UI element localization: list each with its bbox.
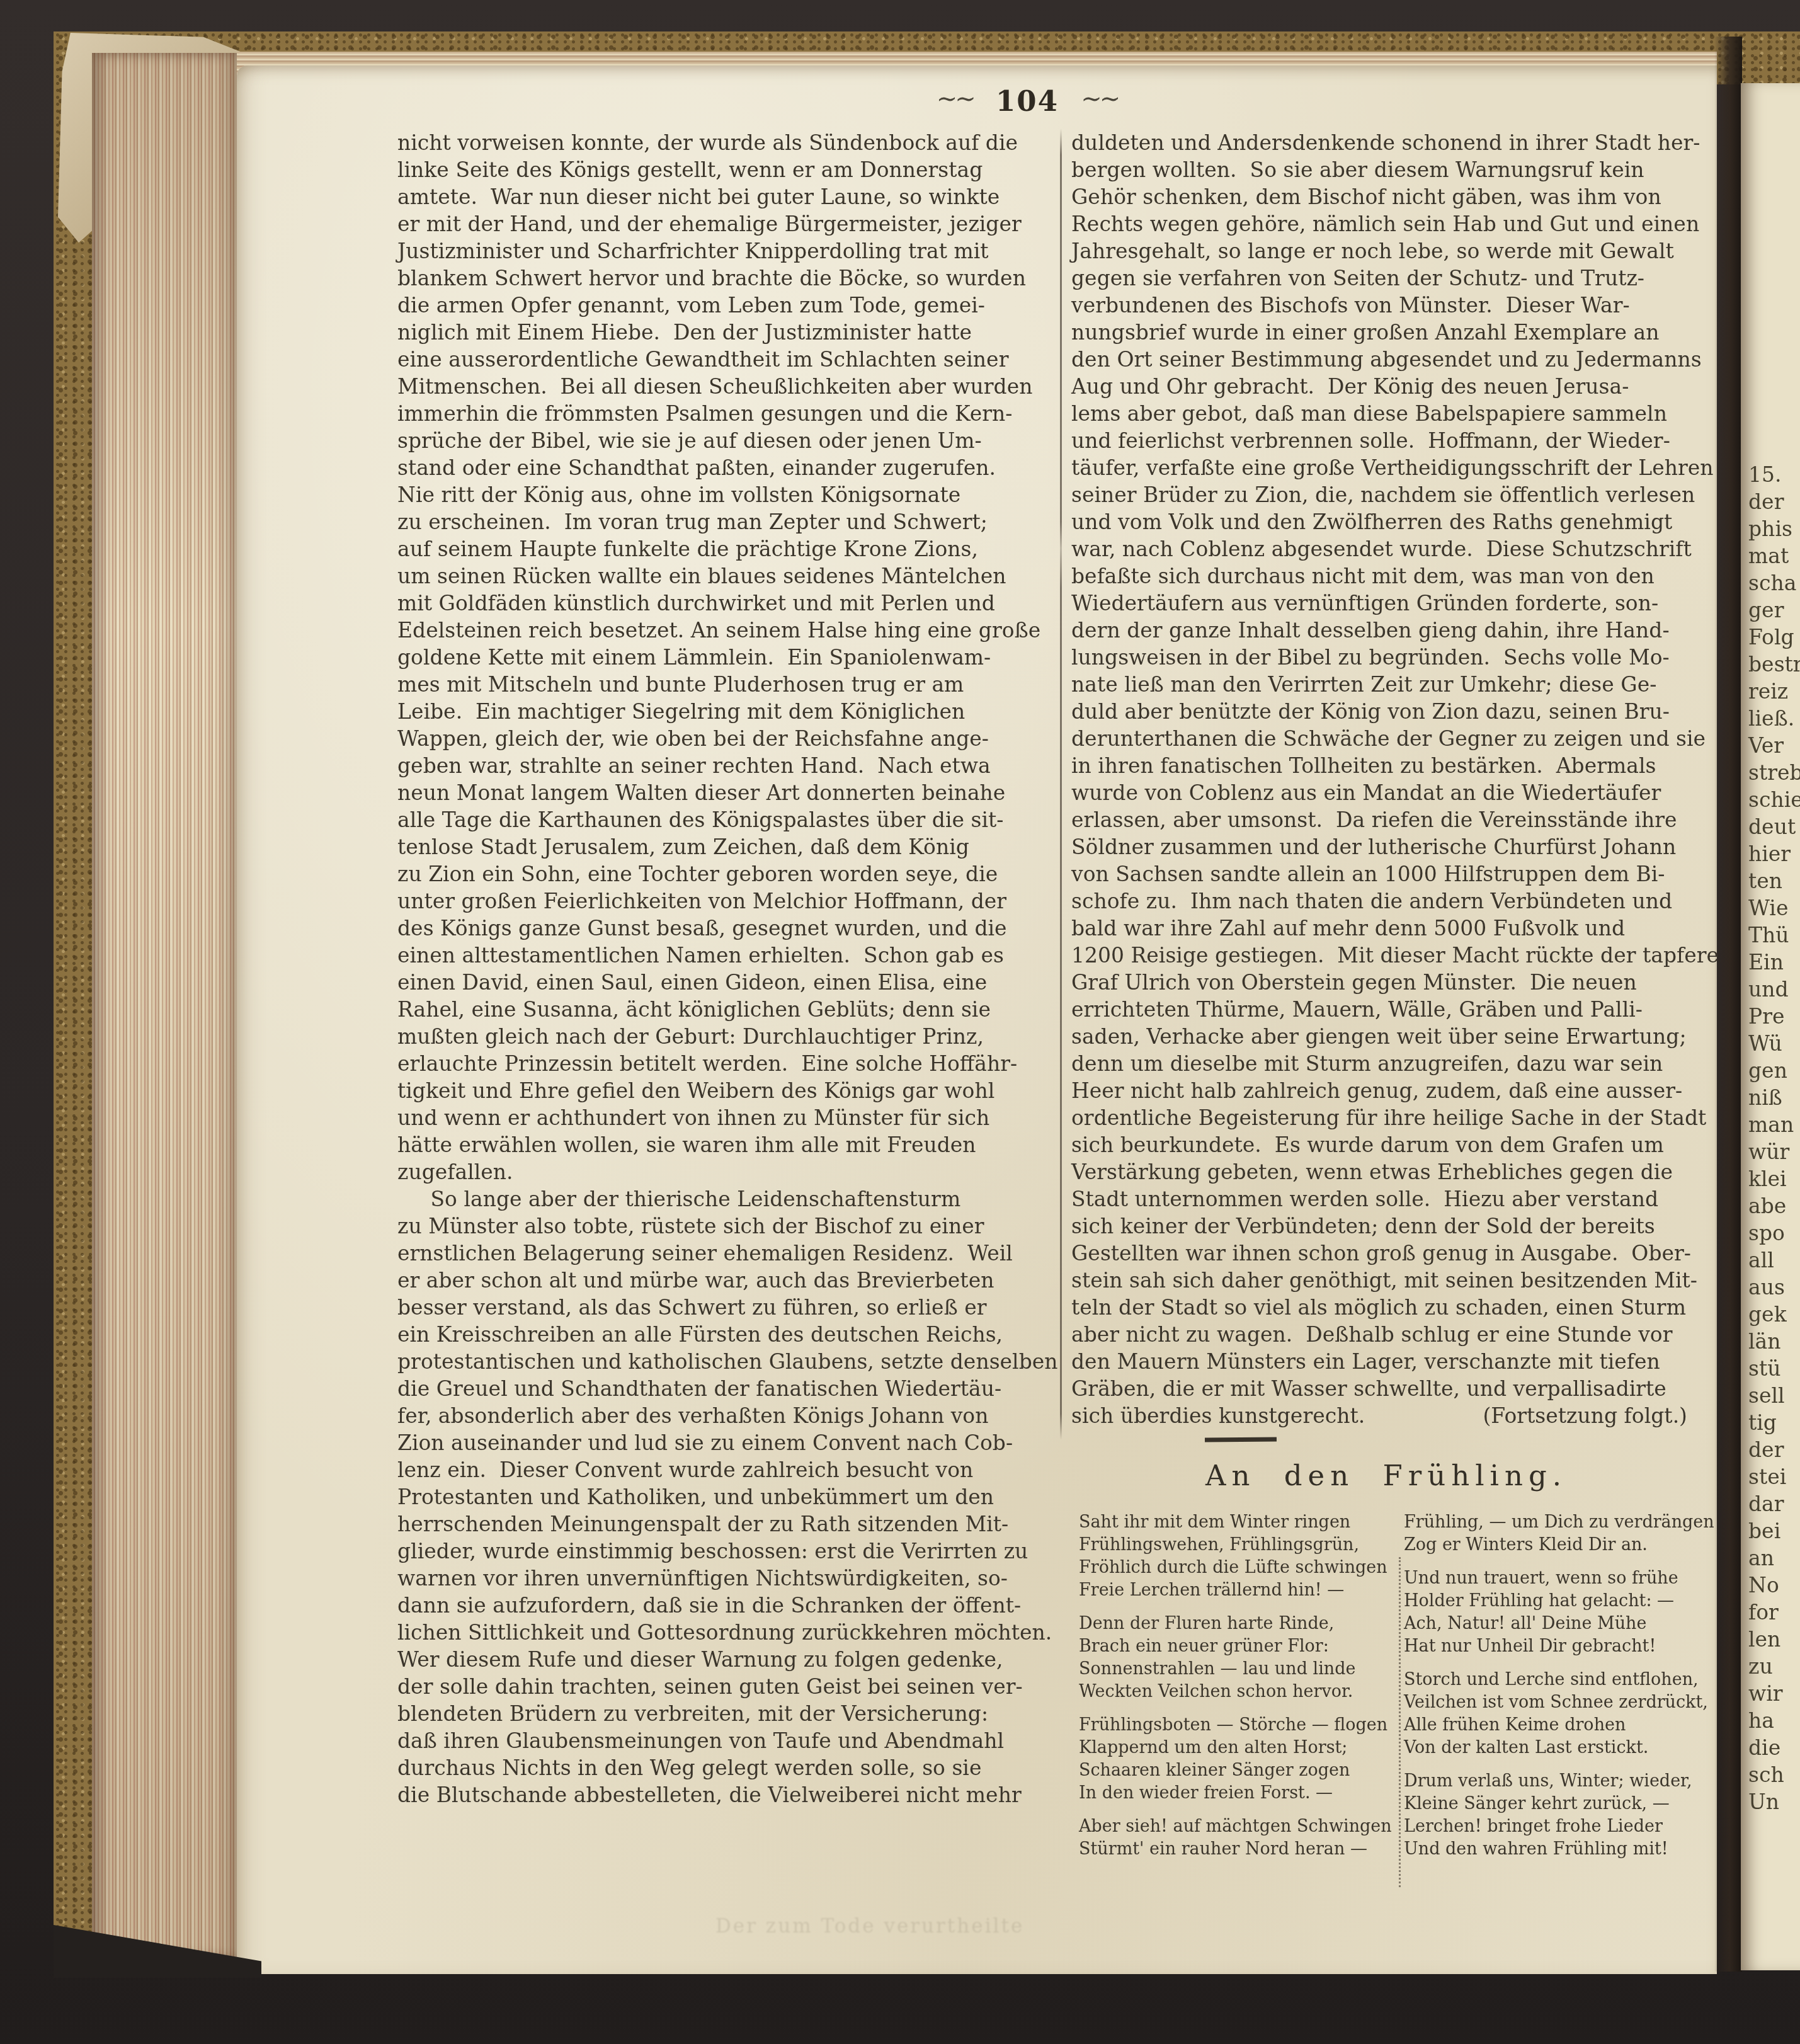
next-page-text-fragment: len	[1748, 1626, 1800, 1653]
text-line: schofe zu. Ihm nach thaten die andern Ve…	[1071, 888, 1706, 915]
next-page-text-fragment: gek	[1748, 1301, 1800, 1328]
next-page-text-fragment: phis	[1748, 515, 1800, 542]
text-line: zu erscheinen. Im voran trug man Zepter …	[397, 508, 1059, 535]
next-page-text-fragment: tig	[1748, 1409, 1800, 1436]
text-line: erlassen, aber umsonst. Da riefen die Ve…	[1071, 806, 1706, 833]
next-page-fragment-column: 15.derphismatschagerFolgbestrreizließ.Ve…	[1748, 461, 1800, 1815]
article-closing-line: sich überdies kunstgerecht. (Fortsetzung…	[1071, 1402, 1706, 1429]
next-page-text-fragment: ha	[1748, 1707, 1800, 1734]
text-line: der solle dahin trachten, seinen guten G…	[397, 1673, 1059, 1700]
text-line: sprüche der Bibel, wie sie je auf diesen…	[397, 427, 1059, 454]
text-line: auf seinem Haupte funkelte die prächtige…	[397, 535, 1059, 562]
next-page-text-fragment: No	[1748, 1572, 1800, 1599]
text-line: lungsweisen in der Bibel zu begründen. S…	[1071, 644, 1706, 671]
text-line: Wer diesem Rufe und dieser Warnung zu fo…	[397, 1646, 1059, 1673]
text-line: dann sie aufzufordern, daß sie in die Sc…	[397, 1592, 1059, 1619]
next-page-text-fragment: streb	[1748, 759, 1800, 786]
text-line: Söldner zusammen und der lutherische Chu…	[1071, 833, 1706, 860]
next-page-text-fragment: gen	[1748, 1057, 1800, 1084]
next-page-text-fragment: Pre	[1748, 1003, 1800, 1030]
poem-line: Hat nur Unheil Dir gebracht!	[1404, 1635, 1706, 1658]
poem-line: Holder Frühling hat gelacht: —	[1404, 1590, 1706, 1613]
text-line: Wiedertäufern aus vernünftigen Gründen f…	[1071, 590, 1706, 617]
poem-line: Frühlingswehen, Frühlingsgrün,	[1079, 1534, 1382, 1556]
next-page-text-fragment: ten	[1748, 867, 1800, 894]
header-ornament-right: ∼∼	[1081, 84, 1118, 113]
text-line: wurde von Coblenz aus ein Mandat an die …	[1071, 779, 1706, 806]
poem-line: Kleine Sänger kehrt zurück, —	[1404, 1793, 1706, 1815]
poem-column-right: Frühling, — um Dich zu verdrängenZog er …	[1404, 1511, 1706, 1871]
text-line: tigkeit und Ehre gefiel den Weibern des …	[397, 1077, 1059, 1104]
text-line: Wappen, gleich der, wie oben bei der Rei…	[397, 725, 1059, 752]
text-line: er mit der Hand, und der ehemalige Bürge…	[397, 210, 1059, 237]
text-line: denn um dieselbe mit Sturm anzugreifen, …	[1071, 1050, 1706, 1077]
text-line: mes mit Mitscheln und bunte Pluderhosen …	[397, 671, 1059, 698]
next-page-text-fragment: stü	[1748, 1355, 1800, 1382]
text-line: Nie ritt der König aus, ohne im vollsten…	[397, 481, 1059, 508]
next-page-text-fragment: sell	[1748, 1382, 1800, 1409]
poem-stanza: Saht ihr mit dem Winter ringenFrühlingsw…	[1079, 1511, 1382, 1602]
text-line: teln der Stadt so viel als möglich zu sc…	[1071, 1294, 1706, 1321]
text-line: saden, Verhacke aber giengen weit über s…	[1071, 1023, 1706, 1050]
next-page-text-fragment: Folg	[1748, 624, 1800, 651]
text-line: befaßte sich durchaus nicht mit dem, was…	[1071, 562, 1706, 590]
text-line: Zion auseinander und lud sie zu einem Co…	[397, 1429, 1059, 1456]
text-line: tenlose Stadt Jerusalem, zum Zeichen, da…	[397, 833, 1059, 860]
text-line: erlauchte Prinzessin betitelt werden. Ei…	[397, 1050, 1059, 1077]
text-line: Justizminister und Scharfrichter Knipper…	[397, 237, 1059, 265]
poem-column-left: Saht ihr mit dem Winter ringenFrühlingsw…	[1079, 1511, 1382, 1871]
next-page-text-fragment: wir	[1748, 1680, 1800, 1707]
text-line: zu Zion ein Sohn, eine Tochter geboren w…	[397, 860, 1059, 888]
text-line: war, nach Coblenz abgesendet wurde. Dies…	[1071, 535, 1706, 562]
text-line: stein sah sich daher genöthigt, mit sein…	[1071, 1267, 1706, 1294]
text-line: Gräben, die er mit Wasser schwellte, und…	[1071, 1375, 1706, 1402]
next-page-text-fragment: ließ.	[1748, 705, 1800, 732]
poem-line: Von der kalten Last erstickt.	[1404, 1737, 1706, 1759]
next-page-text-fragment: Un	[1748, 1788, 1800, 1815]
text-line: immerhin die frömmsten Psalmen gesungen …	[397, 400, 1059, 427]
poem-line: Stürmt' ein rauher Nord heran —	[1079, 1838, 1382, 1861]
text-line: ernstlichen Belagerung seiner ehemaligen…	[397, 1240, 1059, 1267]
text-line: bald war ihre Zahl auf mehr denn 5000 Fu…	[1071, 915, 1706, 942]
poem-line: Frühling, — um Dich zu verdrängen	[1404, 1511, 1706, 1534]
poem-line: Freie Lerchen trällernd hin! —	[1079, 1579, 1382, 1602]
text-line: den Mauern Münsters ein Lager, verschanz…	[1071, 1348, 1706, 1375]
text-line: derunterthanen die Schwäche der Gegner z…	[1071, 725, 1706, 752]
text-line: alle Tage die Karthaunen des Königspalas…	[397, 806, 1059, 833]
text-line: Heer nicht halb zahlreich genug, zudem, …	[1071, 1077, 1706, 1104]
poem-stanza: Storch und Lerche sind entflohen,Veilche…	[1404, 1669, 1706, 1759]
poem-line: Weckten Veilchen schon hervor.	[1079, 1681, 1382, 1703]
text-line: blendeten Brüdern zu verbreiten, mit der…	[397, 1700, 1059, 1727]
poem-line: Aber sieh! auf mächtgen Schwingen	[1079, 1815, 1382, 1838]
text-line: goldene Kette mit einem Lämmlein. Ein Sp…	[397, 644, 1059, 671]
text-line: Rechts wegen gehöre, nämlich sein Hab un…	[1071, 210, 1706, 237]
poem-line: Und den wahren Frühling mit!	[1404, 1838, 1706, 1861]
poem-stanza: Frühling, — um Dich zu verdrängenZog er …	[1404, 1511, 1706, 1556]
next-page-text-fragment: Wie	[1748, 894, 1800, 922]
next-page-text-fragment: der	[1748, 1436, 1800, 1463]
text-line: zugefallen.	[397, 1158, 1059, 1185]
next-page-text-fragment: aus	[1748, 1274, 1800, 1301]
next-page-text-fragment: spo	[1748, 1219, 1800, 1247]
next-page-text-fragment: for	[1748, 1599, 1800, 1626]
next-page-text-fragment: ger	[1748, 597, 1800, 624]
book-photo: ∼∼ 104 ∼∼ nicht vorweisen konnte, der wu…	[0, 0, 1800, 2044]
text-line: dern der ganze Inhalt desselben gieng da…	[1071, 617, 1706, 644]
text-line: sich beurkundete. Es wurde darum von dem…	[1071, 1131, 1706, 1158]
text-line: besser verstand, als das Schwert zu führ…	[397, 1294, 1059, 1321]
next-page-text-fragment: Thü	[1748, 922, 1800, 949]
next-page-text-fragment: all	[1748, 1247, 1800, 1274]
poem-line: Storch und Lerche sind entflohen,	[1404, 1669, 1706, 1691]
article-column-right-lines: duldeten und Andersdenkende schonend in …	[1071, 129, 1706, 1402]
text-line: er aber schon alt und mürbe war, auch da…	[397, 1267, 1059, 1294]
next-page-text-fragment: reiz	[1748, 678, 1800, 705]
text-line: Leibe. Ein machtiger Siegelring mit dem …	[397, 698, 1059, 725]
text-line: Gestellten war ihnen schon groß genug in…	[1071, 1240, 1706, 1267]
article-column-left: nicht vorweisen konnte, der wurde als Sü…	[397, 129, 1059, 1808]
poem-stanza: Denn der Fluren harte Rinde,Brach ein ne…	[1079, 1613, 1382, 1703]
text-line: So lange aber der thierische Leidenschaf…	[397, 1185, 1059, 1213]
text-line: sich keiner der Verbündeten; denn der So…	[1071, 1213, 1706, 1240]
text-line: Edelsteinen reich besetzet. An seinem Ha…	[397, 617, 1059, 644]
next-page-text-fragment: schie	[1748, 786, 1800, 813]
text-line: Stadt unternommen werden solle. Hiezu ab…	[1071, 1185, 1706, 1213]
text-line: durchaus Nichts in den Weg gelegt werden…	[397, 1754, 1059, 1781]
text-line: und feierlichst verbrennen solle. Hoffma…	[1071, 427, 1706, 454]
poem-title: An den Frühling.	[1071, 1459, 1701, 1492]
next-page-text-fragment: scha	[1748, 569, 1800, 597]
next-page-text-fragment: län	[1748, 1328, 1800, 1355]
text-line: lenz ein. Dieser Convent wurde zahlreich…	[397, 1456, 1059, 1483]
text-line: nungsbrief wurde in einer großen Anzahl …	[1071, 319, 1706, 346]
text-line: stand oder eine Schandthat paßten, einan…	[397, 454, 1059, 481]
text-line: zu Münster also tobte, rüstete sich der …	[397, 1213, 1059, 1240]
text-line: des Königs ganze Gunst besaß, gesegnet w…	[397, 915, 1059, 942]
next-page-text-fragment: 15.	[1748, 461, 1800, 488]
text-line: Aug und Ohr gebracht. Der König des neue…	[1071, 373, 1706, 400]
column-divider-rule	[1060, 128, 1062, 1440]
continuation-note: (Fortsetzung folgt.)	[1483, 1402, 1688, 1429]
poem-line: Veilchen ist vom Schnee zerdrückt,	[1404, 1691, 1706, 1714]
text-line: herrschenden Meinungenspalt der zu Rath …	[397, 1510, 1059, 1538]
next-page-text-fragment: Wü	[1748, 1030, 1800, 1057]
poem-column-divider	[1399, 1557, 1401, 1887]
text-line: die Blutschande abbestelleten, die Vielw…	[397, 1781, 1059, 1808]
page-number: 104	[996, 84, 1059, 118]
next-page-text-fragment: bei	[1748, 1517, 1800, 1544]
text-line: verbundenen des Bischofs von Münster. Di…	[1071, 292, 1706, 319]
next-page-text-fragment: wür	[1748, 1138, 1800, 1165]
next-page-edge: 15.derphismatschagerFolgbestrreizließ.Ve…	[1741, 83, 1800, 1970]
text-line: bergen wollten. So sie aber diesem Warnu…	[1071, 156, 1706, 183]
text-line: die Greuel und Schandthaten der fanatisc…	[397, 1375, 1059, 1402]
next-page-text-fragment: hier	[1748, 840, 1800, 867]
text-line: geben war, strahlte an seiner rechten Ha…	[397, 752, 1059, 779]
text-line: nate ließ man den Verirrten Zeit zur Umk…	[1071, 671, 1706, 698]
poem-line: Lerchen! bringet frohe Lieder	[1404, 1815, 1706, 1838]
text-line: einen David, einen Saul, einen Gideon, e…	[397, 969, 1059, 996]
poem-line: Alle frühen Keime drohen	[1404, 1714, 1706, 1737]
next-page-text-fragment: man	[1748, 1111, 1800, 1138]
header-ornament-left: ∼∼	[937, 84, 974, 113]
poem-line: Ach, Natur! all' Deine Mühe	[1404, 1613, 1706, 1635]
text-line: mußten gleich nach der Geburt: Durchlauc…	[397, 1023, 1059, 1050]
text-line: Graf Ulrich von Oberstein gegen Münster.…	[1071, 969, 1706, 996]
text-line: gegen sie verfahren von Seiten der Schut…	[1071, 265, 1706, 292]
page-gutter-shadow	[1714, 37, 1742, 1972]
text-line: ein Kreisschreiben an alle Fürsten des d…	[397, 1321, 1059, 1348]
section-end-rule	[1205, 1437, 1277, 1442]
text-line: und vom Volk und den Zwölfherren des Rat…	[1071, 508, 1706, 535]
text-line: eine ausserordentliche Gewandtheit im Sc…	[397, 346, 1059, 373]
next-page-text-fragment: dar	[1748, 1490, 1800, 1517]
text-line: den Ort seiner Bestimmung abgesendet und…	[1071, 346, 1706, 373]
poem-line: Zog er Winters Kleid Dir an.	[1404, 1534, 1706, 1556]
next-page-text-fragment: Ver	[1748, 732, 1800, 759]
poem-line: Brach ein neuer grüner Flor:	[1079, 1635, 1382, 1658]
text-line: Mitmenschen. Bei all diesen Scheußlichke…	[397, 373, 1059, 400]
poem-line: Frühlingsboten — Störche — flogen	[1079, 1714, 1382, 1737]
page-header: ∼∼ 104 ∼∼	[870, 84, 1185, 118]
text-line: blankem Schwert hervor und brachte die B…	[397, 265, 1059, 292]
poem-line: Klappernd um den alten Horst;	[1079, 1737, 1382, 1759]
text-line: errichteten Thürme, Mauern, Wälle, Gräbe…	[1071, 996, 1706, 1023]
next-page-text-fragment: mat	[1748, 542, 1800, 569]
text-line: Verstärkung gebeten, wenn etwas Erheblic…	[1071, 1158, 1706, 1185]
closing-text: sich überdies kunstgerecht.	[1071, 1402, 1365, 1429]
text-line: Gehör schenken, dem Bischof nicht gäben,…	[1071, 183, 1706, 210]
next-page-text-fragment: niß	[1748, 1084, 1800, 1111]
text-line: daß ihren Glaubensmeinungen von Taufe un…	[397, 1727, 1059, 1754]
text-line: um seinen Rücken wallte ein blaues seide…	[397, 562, 1059, 590]
text-line: duld aber benützte der König von Zion da…	[1071, 698, 1706, 725]
text-line: einen alttestamentlichen Namen erhielten…	[397, 942, 1059, 969]
next-page-text-fragment: und	[1748, 976, 1800, 1003]
show-through-text: Der zum Tode verurtheilte	[715, 1915, 1024, 1938]
text-line: täufer, verfaßte eine große Vertheidigun…	[1071, 454, 1706, 481]
next-page-text-fragment: abe	[1748, 1192, 1800, 1219]
poem-line: Und nun trauert, wenn so frühe	[1404, 1567, 1706, 1590]
poem-line: In den wieder freien Forst. —	[1079, 1782, 1382, 1805]
text-line: lichen Sittlichkeit und Gottesordnung zu…	[397, 1619, 1059, 1646]
text-line: nicht vorweisen konnte, der wurde als Sü…	[397, 129, 1059, 156]
text-line: Jahresgehalt, so lange er noch lebe, so …	[1071, 237, 1706, 265]
poem-stanza: Und nun trauert, wenn so früheHolder Frü…	[1404, 1567, 1706, 1658]
text-line: hätte erwählen wollen, sie waren ihm all…	[397, 1131, 1059, 1158]
poem-line: Sonnenstrahlen — lau und linde	[1079, 1658, 1382, 1681]
poem-line: Saht ihr mit dem Winter ringen	[1079, 1511, 1382, 1534]
next-page-text-fragment: deut	[1748, 813, 1800, 840]
next-page-text-fragment: stei	[1748, 1463, 1800, 1490]
text-line: unter großen Feierlichkeiten von Melchio…	[397, 888, 1059, 915]
next-page-text-fragment: die	[1748, 1734, 1800, 1761]
text-line: protestantischen und katholischen Glaube…	[397, 1348, 1059, 1375]
next-page-text-fragment: bestr	[1748, 651, 1800, 678]
text-line: Protestanten und Katholiken, und unbeküm…	[397, 1483, 1059, 1510]
text-line: warnen vor ihren unvernünftigen Nichtswü…	[397, 1565, 1059, 1592]
next-page-text-fragment: an	[1748, 1544, 1800, 1572]
text-line: seiner Brüder zu Zion, die, nachdem sie …	[1071, 481, 1706, 508]
poem-line: Drum verlaß uns, Winter; wieder,	[1404, 1770, 1706, 1793]
text-line: Rahel, eine Susanna, ächt königlichen Ge…	[397, 996, 1059, 1023]
text-line: linke Seite des Königs gestellt, wenn er…	[397, 156, 1059, 183]
text-line: neun Monat langem Walten dieser Art donn…	[397, 779, 1059, 806]
poem-stanza: Frühlingsboten — Störche — flogenKlapper…	[1079, 1714, 1382, 1805]
text-line: 1200 Reisige gestiegen. Mit dieser Macht…	[1071, 942, 1706, 969]
next-page-text-fragment: klei	[1748, 1165, 1800, 1192]
text-line: niglich mit Einem Hiebe. Den der Justizm…	[397, 319, 1059, 346]
poem-stanza: Aber sieh! auf mächtgen SchwingenStürmt'…	[1079, 1815, 1382, 1861]
next-page-text-fragment: Ein	[1748, 949, 1800, 976]
next-page-text-fragment: sch	[1748, 1761, 1800, 1788]
text-line: mit Goldfäden künstlich durchwirket und …	[397, 590, 1059, 617]
text-line: amtete. War nun dieser nicht bei guter L…	[397, 183, 1059, 210]
text-line: aber nicht zu wagen. Deßhalb schlug er e…	[1071, 1321, 1706, 1348]
text-line: fer, absonderlich aber des verhaßten Kön…	[397, 1402, 1059, 1429]
text-line: glieder, wurde einstimmig beschossen: er…	[397, 1538, 1059, 1565]
next-page-text-fragment: der	[1748, 488, 1800, 515]
text-line: in ihren fanatischen Tollheiten zu bestä…	[1071, 752, 1706, 779]
next-page-text-fragment: zu	[1748, 1653, 1800, 1680]
book-page: ∼∼ 104 ∼∼ nicht vorweisen konnte, der wu…	[237, 66, 1717, 1974]
text-line: die armen Opfer genannt, vom Leben zum T…	[397, 292, 1059, 319]
poem-line: Schaaren kleiner Sänger zogen	[1079, 1759, 1382, 1782]
text-line: duldeten und Andersdenkende schonend in …	[1071, 129, 1706, 156]
text-line: ordentliche Begeisterung für ihre heilig…	[1071, 1104, 1706, 1131]
article-column-right: duldeten und Andersdenkende schonend in …	[1071, 129, 1706, 1429]
text-line: lems aber gebot, daß man diese Babelspap…	[1071, 400, 1706, 427]
text-line: und wenn er achthundert von ihnen zu Mün…	[397, 1104, 1059, 1131]
text-line: von Sachsen sandte allein an 1000 Hilfst…	[1071, 860, 1706, 888]
poem-line: Fröhlich durch die Lüfte schwingen	[1079, 1556, 1382, 1579]
poem-line: Denn der Fluren harte Rinde,	[1079, 1613, 1382, 1635]
page-stack-fore-edge	[92, 53, 238, 1959]
poem-stanza: Drum verlaß uns, Winter; wieder,Kleine S…	[1404, 1770, 1706, 1861]
